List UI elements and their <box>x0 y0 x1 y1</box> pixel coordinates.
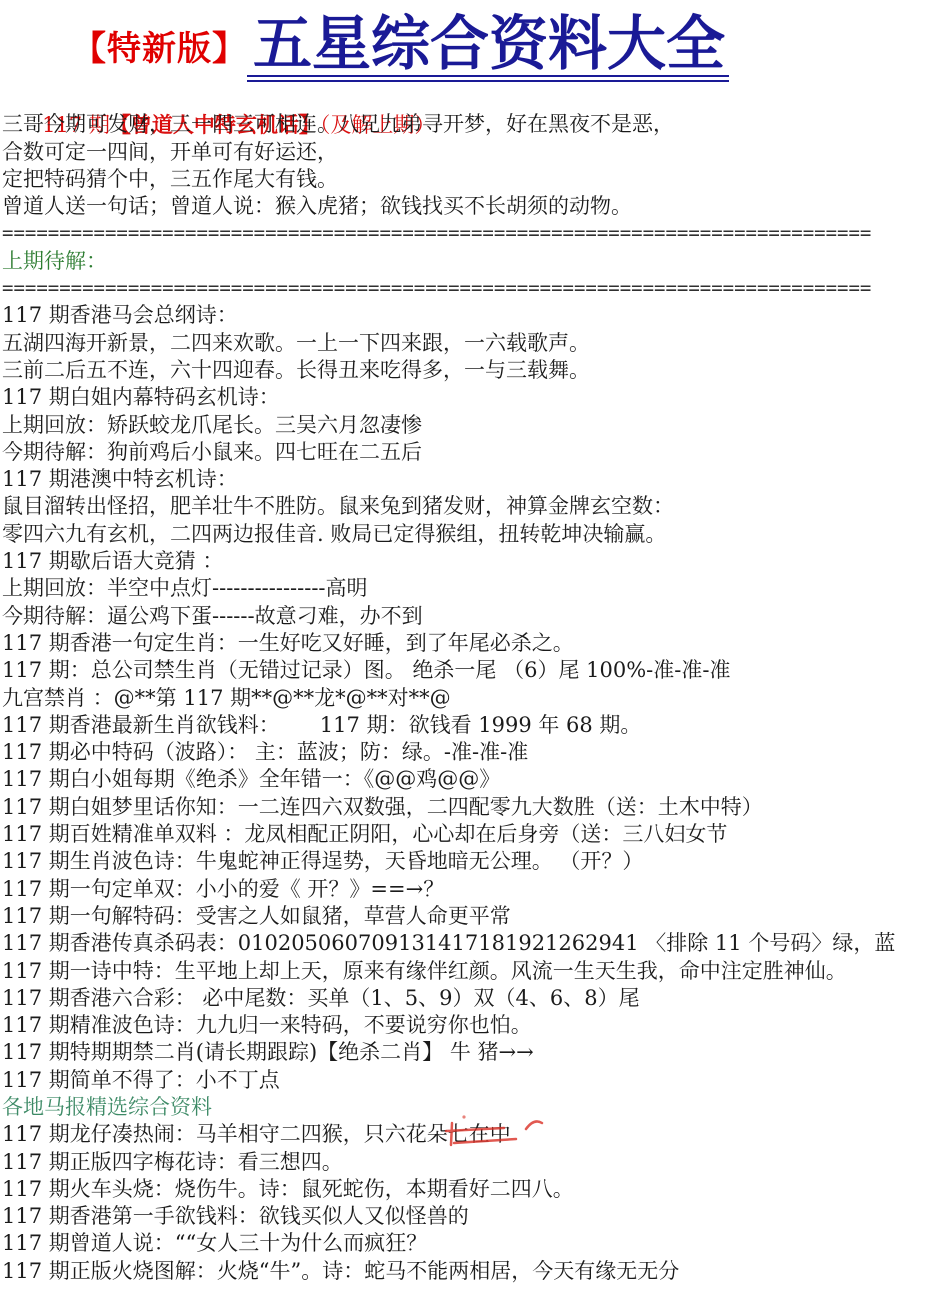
text-line: 117 期香港马会总纲诗： <box>2 302 929 329</box>
text-line: 117 期曾道人说：““女人三十为什么而疯狂？ <box>2 1230 929 1257</box>
text-line: 117 期白姐内幕特码玄机诗： <box>2 384 929 411</box>
text-line: 曾道人送一句话；曾道人说：猴入虎猪；欲钱找买不长胡须的动物。 <box>2 193 929 220</box>
text-line: 117 期一句解特码：受害之人如鼠猪，草营人命更平常 <box>2 903 929 930</box>
text-line: 117 期白小姐每期《绝杀》全年错一：《@@鸡@@》 <box>2 766 929 793</box>
document-page: 【特新版】 五星综合资料大全 117 期【曾道人中特玄机话】（及解上期） 三哥今… <box>0 0 929 1315</box>
text-line: 定把特码猜个中，三五作尾大有钱。 <box>2 166 929 193</box>
text-line: 上期待解： <box>2 248 929 275</box>
text-line: 五湖四海开新景，二四来欢歌。一上一下四来跟，一六载歌声。 <box>2 330 929 357</box>
text-line: 117 期正版火烧图解：火烧“牛”。诗：蛇马不能两相居，今天有缘无无分 <box>2 1258 929 1285</box>
text-line: 117 期香港一句定生肖：一生好吃又好睡，到了年尾必杀之。 <box>2 630 929 657</box>
content-lines: 三哥今期可发财，三一四三可相连。八兄九弟寻开梦，好在黑夜不是恶，合数可定一四间，… <box>2 111 929 1285</box>
text-line: 117 期必中特码（波路）： 主：蓝波；防：绿。-准-准-准 <box>2 739 929 766</box>
text-line: 各地马报精选综合资料 <box>2 1094 929 1121</box>
text-line: 今期待解：狗前鸡后小鼠来。四七旺在二五后 <box>2 439 929 466</box>
separator-line: ========================================… <box>2 275 929 302</box>
section-heading-zengdaoren: 117 期【曾道人中特玄机话】（及解上期） <box>2 84 929 111</box>
text-line: 117 期香港传真杀码表：010205060709131417181921262… <box>2 930 929 957</box>
page-header: 【特新版】 五星综合资料大全 <box>0 0 929 82</box>
text-line: 117 期：总公司禁生肖（无错过记录）图。 绝杀一尾 （6）尾 100%-准-准… <box>2 657 929 684</box>
text-line: 117 期简单不得了：小不丁点 <box>2 1067 929 1094</box>
text-line: 117 期港澳中特玄机诗： <box>2 466 929 493</box>
text-line: 117 期百姓精准单双料 ：龙凤相配正阴阳，心心却在后身旁（送：三八妇女节 <box>2 821 929 848</box>
separator-line: ========================================… <box>2 220 929 247</box>
text-line: 鼠目溜转出怪招，肥羊壮牛不胜防。鼠来兔到猪发财，神算金牌玄空数： <box>2 493 929 520</box>
text-line: 今期待解：逼公鸡下蛋------故意刁难，办不到 <box>2 603 929 630</box>
text-line: 117 期香港第一手欲钱料：欲钱买似人又似怪兽的 <box>2 1203 929 1230</box>
content-area: 117 期【曾道人中特玄机话】（及解上期） 三哥今期可发财，三一四三可相连。八兄… <box>0 82 929 1285</box>
text-line: 三前二后五不连，六十四迎春。长得丑来吃得多，一与三载舞。 <box>2 357 929 384</box>
title-prefix: 【特新版】 <box>72 21 247 82</box>
text-line: 117 期一句定单双：小小的爱《 开？》==→？ <box>2 876 929 903</box>
text-line: 117 期精准波色诗：九九归一来特码，不要说穷你也怕。 <box>2 1012 929 1039</box>
text-line: 117 期一诗中特：生平地上却上天，原来有缘伴红颜。风流一生天生我，命中注定胜神… <box>2 958 929 985</box>
text-line: 九宫禁肖 ：@**第 117 期**@**龙*@**对**@ <box>2 685 929 712</box>
text-line: 117 期香港六合彩： 必中尾数：买单（1、5、9）双（4、6、8）尾 <box>2 985 929 1012</box>
text-line: 117 期火车头烧：烧伤牛。诗：鼠死蛇伤，本期看好二四八。 <box>2 1176 929 1203</box>
text-line: 117 期香港最新生肖欲钱料： 117 期：欲钱看 1999 年 68 期。 <box>2 712 929 739</box>
text-line: 117 期歇后语大竞猜 ： <box>2 548 929 575</box>
text-line: 117 期白姐梦里话你知：一二连四六双数强，二四配零九大数胜（送：土木中特） <box>2 794 929 821</box>
text-line: 117 期正版四字梅花诗：看三想四。 <box>2 1149 929 1176</box>
text-line: 上期回放：矫跃蛟龙爪尾长。三吴六月忽凄惨 <box>2 412 929 439</box>
text-line: 合数可定一四间，开单可有好运还， <box>2 139 929 166</box>
text-line: 117 期生肖波色诗：牛鬼蛇神正得逞势，天昏地暗无公理。 （开？） <box>2 848 929 875</box>
text-line: 117 期龙仔凑热闹：马羊相守二四猴，只六花朵七在中 <box>2 1121 929 1148</box>
text-line: 零四六九有玄机，二四两边报佳音. 败局已定得猴组，扭转乾坤决输赢。 <box>2 521 929 548</box>
text-line: 三哥今期可发财，三一四三可相连。八兄九弟寻开梦，好在黑夜不是恶， <box>2 111 929 138</box>
text-line: 上期回放：半空中点灯----------------高明 <box>2 575 929 602</box>
text-line: 117 期特期期禁二肖(请长期跟踪)【绝杀二肖】 牛 猪→→ <box>2 1039 929 1066</box>
page-title: 五星综合资料大全 <box>247 14 729 82</box>
